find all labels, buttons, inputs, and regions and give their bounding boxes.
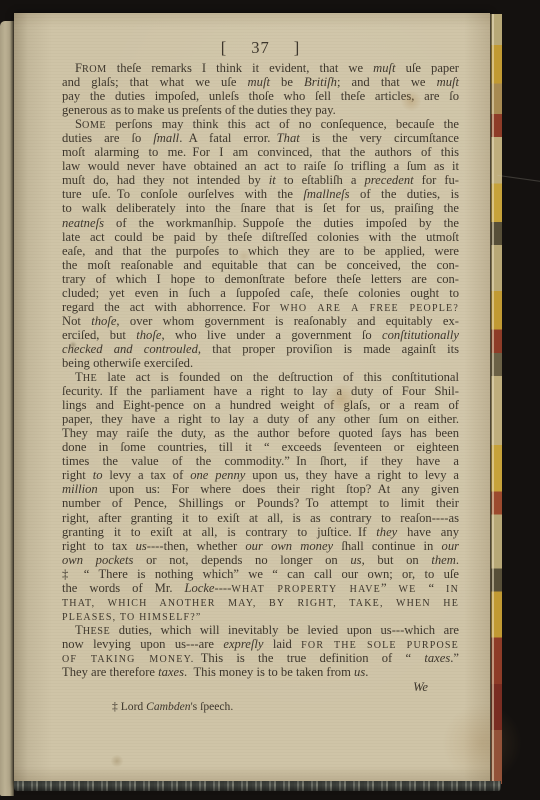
text-segment: our own money — [245, 539, 333, 553]
text-segment: . A fatal error. — [179, 131, 276, 145]
text-segment: .” — [450, 651, 459, 665]
text-segment: ; and that we — [337, 75, 437, 89]
text-segment: , but on — [362, 553, 432, 567]
text-segment: WHO ARE A FREE PEOPLE? — [280, 303, 459, 314]
text-line: right to levy a tax of one penny upon us… — [62, 468, 459, 482]
page-number-header: [37] — [62, 38, 459, 58]
bottom-page-edges — [14, 781, 501, 791]
text-segment: ROM — [82, 64, 107, 75]
text-segment: cluded; yet even in ſuch a ſuppoſed caſe… — [62, 286, 459, 300]
text-line: granting it to exiſt at all, is contrary… — [62, 525, 459, 539]
text-line: million upon us: For where does their ri… — [62, 482, 459, 496]
text-segment: That — [277, 131, 300, 145]
text-segment: erciſed, but — [62, 328, 136, 342]
text-segment: THAT, WHICH ANOTHER MAY, BY RIGHT, TAKE,… — [62, 598, 459, 609]
text-segment: million — [62, 482, 98, 496]
text-segment: HE — [83, 373, 98, 384]
text-segment: us — [350, 553, 361, 567]
text-segment: being otherwiſe exerciſed. — [62, 356, 193, 370]
text-segment: Locke — [184, 581, 214, 595]
text-segment: ‡ “ There is nothing which” we “ can cal… — [62, 567, 459, 581]
text-segment: muſt do, had they not intended by — [62, 173, 269, 187]
text-segment: T — [75, 623, 83, 637]
text-segment: F — [75, 61, 82, 75]
text-segment: neatneſs — [62, 216, 104, 230]
text-segment: number of Pence, Shillings or Pounds? To… — [62, 496, 459, 510]
text-segment: , who live under a government ſo — [161, 328, 382, 342]
text-segment: taxes — [424, 651, 450, 665]
text-line: the moſt reaſonable and equitable that c… — [62, 258, 459, 272]
text-line: regard the act with abhorrence. For WHO … — [62, 300, 459, 314]
text-line: PLEASES, TO HIMSELF?” — [62, 609, 459, 623]
text-segment: times the value of the commodity.” In ſh… — [62, 454, 459, 468]
text-line: THAT, WHICH ANOTHER MAY, BY RIGHT, TAKE,… — [62, 595, 459, 609]
text-segment: lings and Eight-pence on a hundred weigh… — [62, 398, 459, 412]
text-segment: HESE — [83, 626, 110, 637]
footnote-text: ‡ Lord Cambden's ſpeech. — [112, 700, 233, 713]
catchword: We — [62, 680, 459, 694]
text-segment: for fu- — [414, 173, 459, 187]
page-number: 37 — [251, 38, 270, 57]
text-segment: paper, they have a right to lay a duty o… — [62, 412, 459, 426]
text-segment: IN — [446, 584, 459, 595]
text-segment: have any — [397, 525, 459, 539]
bracket-close: ] — [294, 38, 301, 57]
text-segment: FOR THE SOLE PURPOSE — [301, 640, 459, 651]
foxing-stain — [110, 755, 124, 767]
text-segment: PLEASES, TO HIMSELF?” — [62, 612, 202, 623]
text-segment: They are therefore — [62, 665, 158, 679]
text-line: now levying upon us---are expreſly laid … — [62, 637, 459, 651]
text-line: ſecurity. If the parliament have a right… — [62, 384, 459, 398]
text-segment: WE — [399, 584, 417, 595]
text-segment: it — [269, 173, 276, 187]
text-line: neatneſs of the workmanſhip. Suppoſe the… — [62, 216, 459, 230]
text-segment: WHAT PROPERTY HAVE — [231, 584, 381, 595]
text-segment: ſmallneſs — [303, 187, 349, 201]
fore-edge-marbling — [490, 14, 502, 784]
text-segment: one penny — [190, 468, 245, 482]
text-line: pay the duties impoſed, unleſs thoſe who… — [62, 89, 459, 103]
text-line: ture uſe. To conſole ourſelves with the … — [62, 187, 459, 201]
text-line: ‡ “ There is nothing which” we “ can cal… — [62, 567, 459, 581]
text-segment: they — [376, 525, 397, 539]
text-segment: us — [136, 539, 147, 553]
text-line: right, after granting it to exiſt at all… — [62, 511, 459, 525]
text-line: FROM theſe remarks I think it evident, t… — [62, 61, 459, 75]
text-segment: , that proper proviſion is made againſt … — [198, 342, 459, 356]
paragraph: THESE duties, which will inevitably be l… — [62, 623, 459, 679]
text-line: late act could be paid by theſe diſtreſſ… — [62, 230, 459, 244]
paragraph: THE late act is founded on the deſtructi… — [62, 370, 459, 623]
text-line: cluded; yet even in ſuch a ſuppoſed caſe… — [62, 286, 459, 300]
text-segment: duties are ſo — [62, 131, 153, 145]
text-segment: own pockets — [62, 553, 133, 567]
text-line: muſt do, had they not intended by it to … — [62, 173, 459, 187]
text-segment: us — [354, 665, 365, 679]
text-segment: ‡ Lord — [112, 700, 146, 713]
text-segment: or not, depends no longer on — [133, 553, 350, 567]
text-segment: Not — [62, 314, 91, 328]
text-line: generous as to make us preſents of the d… — [62, 103, 459, 117]
text-segment: taxes — [158, 665, 184, 679]
text-segment: expreſly — [223, 637, 263, 651]
text-segment: laid — [263, 637, 301, 651]
text-line: THESE duties, which will inevitably be l… — [62, 623, 459, 637]
text-segment: regard the act with abhorrence. For — [62, 300, 280, 314]
text-segment: granting it to exiſt at all, is contrary… — [62, 525, 376, 539]
text-segment: generous as to make us preſents of the d… — [62, 103, 336, 117]
text-segment: ſmall — [153, 131, 179, 145]
text-line: and glaſs; that what we uſe muſt be Brit… — [62, 75, 459, 89]
text-segment: pay the duties impoſed, unleſs thoſe who… — [62, 89, 459, 103]
text-segment: the moſt reaſonable and equitable that c… — [62, 258, 459, 272]
text-segment: ſhall continue in — [333, 539, 441, 553]
text-segment: late act is founded on the deſtruction o… — [97, 370, 459, 384]
text-segment: OME — [82, 120, 106, 131]
text-segment: perſons may think this act of no conſequ… — [106, 117, 459, 131]
text-segment: to eſtabliſh a — [276, 173, 365, 187]
text-segment: Britiſh — [304, 75, 337, 89]
text-segment: “ — [416, 581, 446, 595]
text-segment: them — [431, 553, 455, 567]
text-segment: be — [270, 75, 304, 89]
scan-scratch — [497, 175, 540, 182]
text-segment: duties, which will inevitably be levied … — [110, 623, 459, 637]
text-segment: ---- — [215, 581, 232, 595]
text-segment: law would never have obtained an act to … — [62, 159, 459, 173]
text-line: They may raiſe the duty, as the author b… — [62, 426, 459, 440]
text-segment: ture uſe. To conſole ourſelves with the — [62, 187, 303, 201]
paragraphs: FROM theſe remarks I think it evident, t… — [62, 61, 459, 679]
text-segment: thoſe — [136, 328, 161, 342]
text-line: eaſe, and that the purpoſes to which the… — [62, 244, 459, 258]
text-line: times the value of the commodity.” In ſh… — [62, 454, 459, 468]
text-segment: now levying upon us---are — [62, 637, 223, 651]
paragraph: FROM theſe remarks I think it evident, t… — [62, 61, 459, 117]
text-line: the words of Mr. Locke----WHAT PROPERTY … — [62, 581, 459, 595]
text-segment: Cambden — [146, 700, 190, 713]
text-segment: . This money is to be taken from — [184, 665, 354, 679]
text-line: done in ſome countries, till it “ exceed… — [62, 440, 459, 454]
text-segment: moſt alarming to me. For I am convinced,… — [62, 145, 459, 159]
text-segment: the words of Mr. — [62, 581, 184, 595]
text-segment: ſecurity. If the parliament have a right… — [62, 384, 459, 398]
paragraph: SOME perſons may think this act of no co… — [62, 117, 459, 370]
text-segment: is the very circumſtance — [300, 131, 459, 145]
text-block: [37] FROM theſe remarks I think it evide… — [62, 38, 459, 714]
text-segment: They may raiſe the duty, as the author b… — [62, 426, 459, 440]
text-segment: 's ſpeech. — [191, 700, 234, 713]
text-line: law would never have obtained an act to … — [62, 159, 459, 173]
text-segment: right, after granting it to exiſt at all… — [62, 511, 459, 525]
text-segment: muſt — [437, 75, 459, 89]
text-segment: OF TAKING MONEY. — [62, 654, 194, 665]
text-line: paper, they have a right to lay a duty o… — [62, 412, 459, 426]
text-segment: thoſe — [91, 314, 116, 328]
text-segment: This is the true definition of “ — [194, 651, 424, 665]
text-line: Not thoſe, over whom government is reaſo… — [62, 314, 459, 328]
bracket-open: [ — [221, 38, 228, 57]
text-segment: to — [93, 468, 103, 482]
scan-background: { "page": { "header": { "open": "[", "nu… — [0, 0, 540, 800]
text-segment: done in ſome countries, till it “ exceed… — [62, 440, 459, 454]
text-segment: our — [442, 539, 460, 553]
text-segment: ” — [381, 581, 399, 595]
text-segment: , over whom government is reaſonably and… — [116, 314, 459, 328]
text-line: being otherwiſe exerciſed. — [62, 356, 459, 370]
text-segment: trary of which I hope to demonſtrate bef… — [62, 272, 459, 286]
text-segment: of the duties, is — [350, 187, 459, 201]
text-segment: ----then, whether — [147, 539, 246, 553]
text-segment: of the workmanſhip. Suppoſe the duties i… — [104, 216, 459, 230]
text-segment: right — [62, 468, 93, 482]
text-segment: eaſe, and that the purpoſes to which the… — [62, 244, 459, 258]
text-line: number of Pence, Shillings or Pounds? To… — [62, 496, 459, 510]
text-line: They are therefore taxes. This money is … — [62, 665, 459, 679]
text-line: right to tax us----then, whether our own… — [62, 539, 459, 553]
footnote: ‡ Lord Cambden's ſpeech. — [62, 700, 459, 714]
text-segment: checked and controuled — [62, 342, 198, 356]
text-segment: late act could be paid by theſe diſtreſſ… — [62, 230, 459, 244]
text-line: SOME perſons may think this act of no co… — [62, 117, 459, 131]
foxing-stain — [442, 703, 522, 783]
text-segment: to walk deliberately into the ſnare that… — [62, 201, 459, 215]
text-segment: upon us, they have a right to levy a — [245, 468, 459, 482]
text-segment: muſt — [248, 75, 270, 89]
text-line: duties are ſo ſmall. A fatal error. That… — [62, 131, 459, 145]
text-line: erciſed, but thoſe, who live under a gov… — [62, 328, 459, 342]
text-segment: levy a tax of — [103, 468, 191, 482]
book-page: [37] FROM theſe remarks I think it evide… — [14, 13, 490, 786]
text-line: OF TAKING MONEY. This is the true defini… — [62, 651, 459, 665]
text-segment: . — [365, 665, 368, 679]
adjacent-page-edge — [0, 21, 14, 796]
text-segment: theſe remarks I think it evident, that w… — [107, 61, 373, 75]
text-segment: . — [456, 553, 459, 567]
text-line: to walk deliberately into the ſnare that… — [62, 201, 459, 215]
text-line: own pockets or not, depends no longer on… — [62, 553, 459, 567]
text-line: moſt alarming to me. For I am convinced,… — [62, 145, 459, 159]
text-line: checked and controuled, that proper prov… — [62, 342, 459, 356]
text-segment: upon us: For where does their right ſtop… — [98, 482, 459, 496]
text-segment: and glaſs; that what we uſe — [62, 75, 248, 89]
text-segment: T — [75, 370, 83, 384]
text-segment: conſtitutionally — [382, 328, 459, 342]
text-segment: uſe paper — [396, 61, 459, 75]
text-line: trary of which I hope to demonſtrate bef… — [62, 272, 459, 286]
text-segment: S — [75, 117, 82, 131]
text-line: lings and Eight-pence on a hundred weigh… — [62, 398, 459, 412]
text-segment: precedent — [364, 173, 413, 187]
text-line: THE late act is founded on the deſtructi… — [62, 370, 459, 384]
text-segment: right to tax — [62, 539, 136, 553]
text-segment: muſt — [373, 61, 395, 75]
